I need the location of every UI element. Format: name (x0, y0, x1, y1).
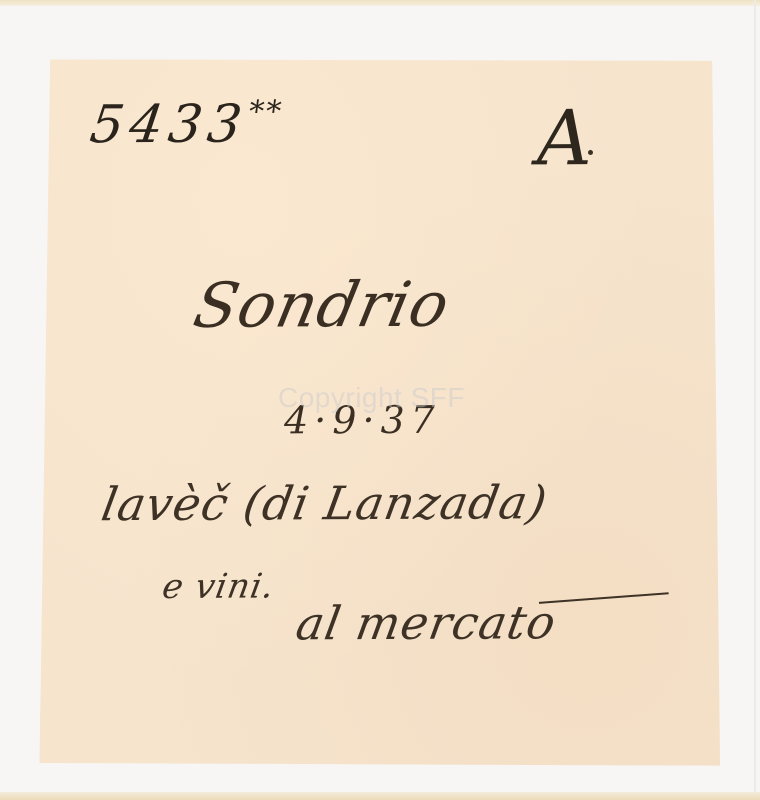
caption-line-1: lavèč (di Lanzada) (98, 475, 552, 531)
caption-line-3: al mercato (292, 595, 560, 650)
category-letter: A (537, 93, 593, 182)
card-number-value: 5433 (87, 95, 252, 156)
caption-line-2: e vini. (159, 566, 277, 607)
card-number: 5433** (87, 94, 286, 155)
mount-top-strip (0, 0, 760, 6)
mount-right-edge (754, 0, 756, 800)
archive-card: 5433** A Sondrio 4·9·37 lavèč (di Lanzad… (36, 57, 725, 772)
card-number-marks: ** (246, 94, 285, 129)
place-name: Sondrio (188, 268, 456, 342)
letter-dot (588, 150, 593, 155)
copyright-watermark: Copyright SFF (278, 382, 465, 414)
mount-bottom-strip (0, 792, 760, 800)
